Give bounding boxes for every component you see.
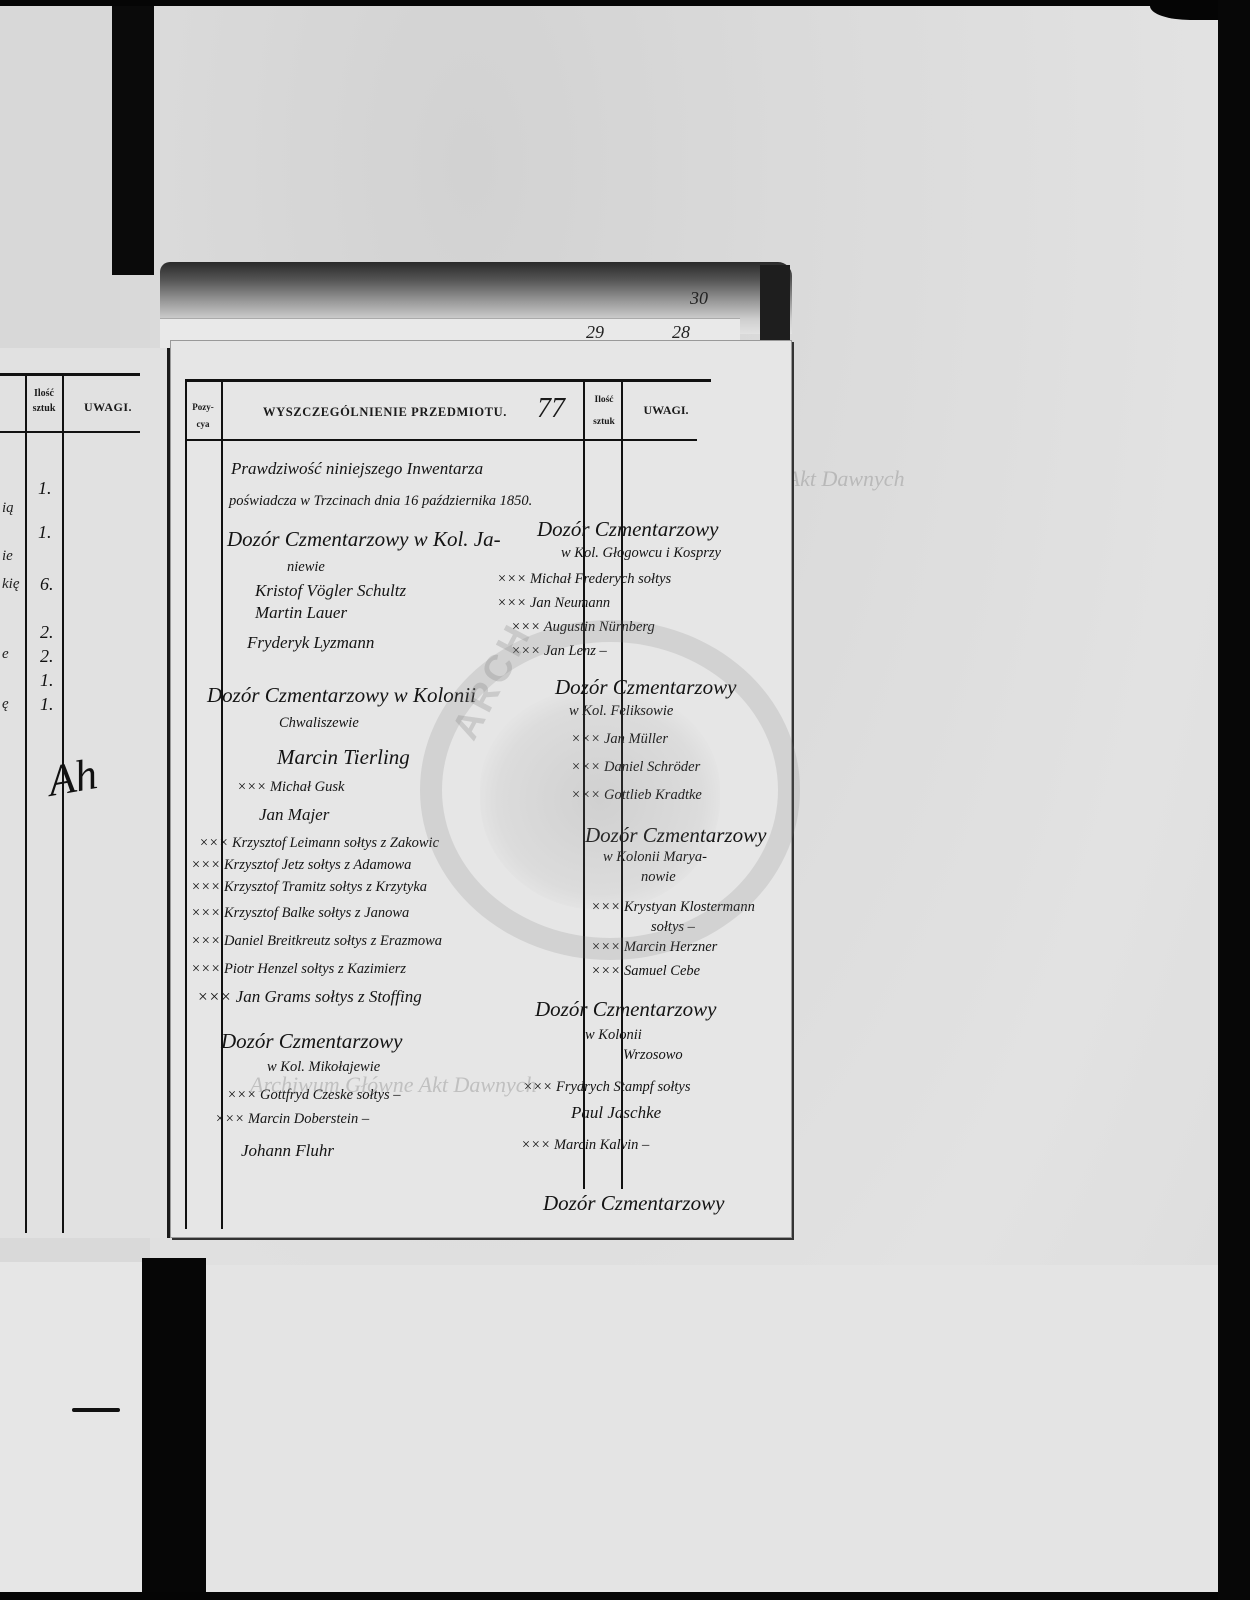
document-scan: Archiwum Główne Akt Dawnych 30 29 28 Ilo… [0,0,1250,1600]
quantity-value: 1. [40,670,54,691]
ilosc-label: Ilość [585,389,623,411]
sztuk-label: sztuk [27,401,61,416]
background-left-lower-sheet [0,1262,145,1600]
scan-border-bottom [0,1592,1250,1600]
binding-gutter-bottom [142,1258,206,1598]
signatory-name: Martin Lauer [255,603,347,623]
signatory-name: ××× Krzysztof Tramitz sołtys z Krzytyka [191,879,427,896]
background-right-lower-sheet [205,1265,1220,1595]
fold-shadow [760,265,790,345]
left-text-fragment: ę [2,696,9,713]
signatory-name: ××× Michał Frederych sołtys [497,571,671,588]
entry-heading: Dozór Czmentarzowy [543,1191,724,1216]
left-text-fragment: kię [2,576,19,593]
quantity-value: 1. [38,478,52,499]
eagle-emblem-watermark-icon [480,690,720,910]
entry-heading: Dozór Czmentarzowy [537,517,718,542]
pozycja-header: Pozy- cya [187,399,219,433]
left-uwagi-header: UWAGI. [84,400,132,415]
entry-heading: Dozór Czmentarzowy w Kolonii [207,683,476,708]
page-number-top: 30 [690,288,708,309]
entry-line: niewie [287,559,325,576]
sztuk-label: sztuk [585,411,623,433]
signatory-name: ××× Frydrych Stampf sołtys [523,1079,691,1096]
signatory-name: ××× Marcin Doberstein – [215,1111,369,1128]
pozycja-column-rule [221,379,223,1229]
quantity-value: 6. [40,574,54,595]
ilosc-header: Ilość sztuk [585,389,623,433]
entry-line: Chwaliszewie [279,715,359,732]
certification-line-2: poświadcza w Trzcinach dnia 16 październ… [229,493,532,510]
pozycja-label: Pozy- [187,399,219,416]
signatory-name: ××× Krzysztof Leimann sołtys z Zakowic [199,835,439,852]
signatory-name: ××× Krzysztof Jetz sołtys z Adamowa [191,857,411,874]
signatory-name: ××× Jan Grams sołtys z Stoffing [197,987,422,1007]
table-left-border [185,379,187,1229]
quantity-value: 2. [40,622,54,643]
left-page-fragment: Ilość sztuk UWAGI. ią ie kię e ę 1. 1. 6… [0,348,170,1238]
certification-line-1: Prawdziwość niniejszego Inwentarza [231,459,483,479]
left-header-bottom-rule [0,431,140,433]
left-ilosc-header: Ilość sztuk [27,386,61,416]
entry-heading: Dozór Czmentarzowy w Kol. Ja- [227,527,501,552]
scan-border-right [1218,0,1250,1600]
binding-gutter-top [112,0,154,275]
description-header: WYSZCZEGÓLNIENIE PRZEDMIOTU. [225,405,545,420]
quantity-value: 1. [38,522,52,543]
entry-heading: Dozór Czmentarzowy [535,997,716,1022]
remark-initials-mark: Ah [44,748,101,807]
table-top-rule-extension [697,379,711,382]
scan-border-top [0,0,1250,6]
entry-line: w Kol. Głogowcu i Kosprzy [561,545,721,562]
signatory-name: ××× Marcin Kalvin – [521,1137,649,1154]
header-handwritten-annotation: 77 [537,393,565,425]
left-text-fragment: ie [2,548,13,565]
left-text-fragment: ią [2,500,14,517]
signatory-name: Fryderyk Lyzmann [247,633,374,653]
quantity-value: 1. [40,694,54,715]
stray-ink-mark [72,1408,120,1412]
signatory-name: Johann Fluhr [241,1141,334,1161]
signatory-name: Kristof Vögler Schultz [255,581,406,601]
signatory-name: ××× Samuel Cebe [591,963,700,980]
entry-line: w Kolonii [585,1027,642,1044]
left-text-fragment: e [2,646,9,663]
signatory-name: Jan Majer [259,805,329,825]
background-left-sheet [0,0,120,360]
entry-heading: Dozór Czmentarzowy [221,1029,402,1054]
signatory-name: ××× Jan Neumann [497,595,610,612]
entry-line: Wrzosowo [623,1047,683,1064]
signatory-name: ××× Michał Gusk [237,779,344,796]
pozycja-label-cont: cya [187,416,219,433]
left-column-rule [25,373,27,1233]
quantity-value: 2. [40,646,54,667]
archive-watermark-text: Archiwum Główne Akt Dawnych [250,1072,537,1098]
signatory-name: Marcin Tierling [277,745,410,770]
signatory-name: ××× Krzysztof Balke sołtys z Janowa [191,905,409,922]
ilosc-label: Ilość [27,386,61,401]
uwagi-header: UWAGI. [631,403,701,418]
signatory-name: ××× Piotr Henzel sołtys z Kazimierz [191,961,406,978]
signatory-name: ××× Daniel Breitkreutz sołtys z Erazmowa [191,933,442,950]
left-header-top-rule [0,373,140,376]
signatory-name: Paul Jaschke [571,1103,661,1123]
